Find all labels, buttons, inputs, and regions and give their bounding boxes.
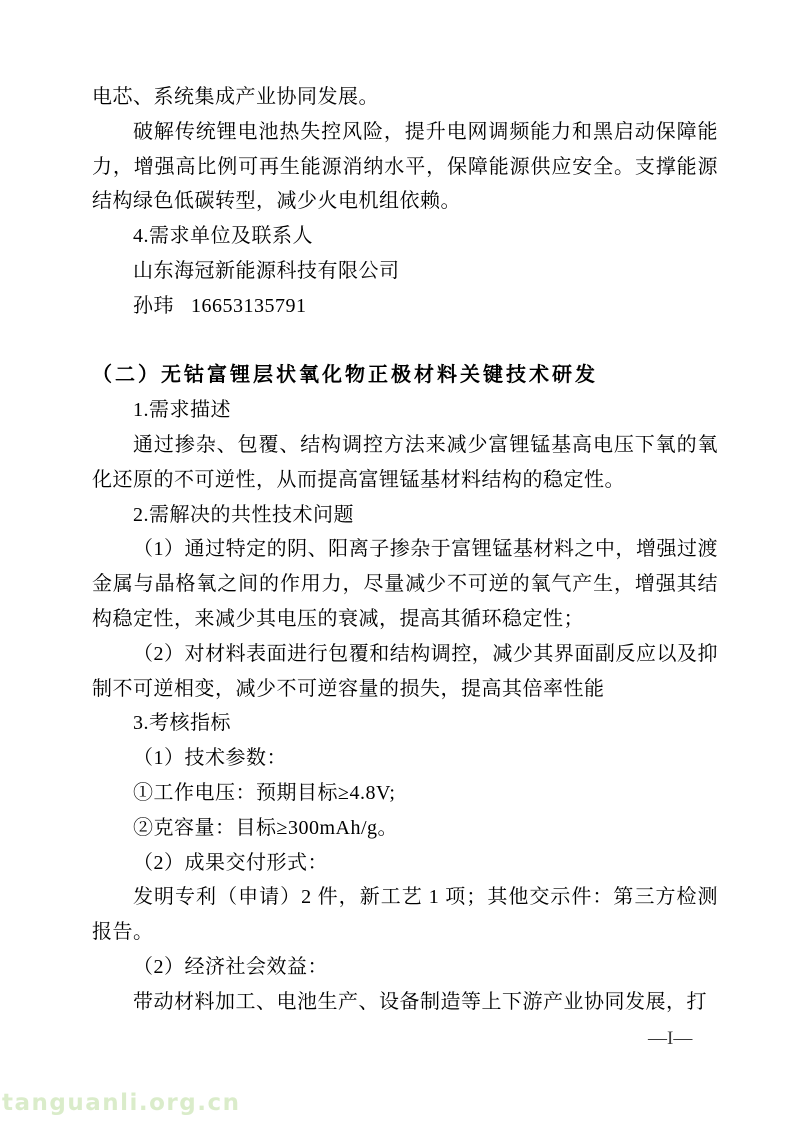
sub-list-item: （2）经济社会效益： — [92, 950, 718, 985]
spec-line: ②克容量：目标≥300mAh/g。 — [92, 811, 718, 846]
body-paragraph: 带动材料加工、电池生产、设备制造等上下游产业协同发展，打 — [92, 985, 718, 1020]
section-heading: （二）无钴富锂层状氧化物正极材料关键技术研发 — [92, 358, 718, 393]
body-text-line: 电芯、系统集成产业协同发展。 — [92, 80, 718, 115]
body-paragraph: 通过掺杂、包覆、结构调控方法来减少富锂锰基高电压下氧的氧化还原的不可逆性，从而提… — [92, 428, 718, 498]
page-number: —I— — [648, 1028, 708, 1050]
body-paragraph: （2）对材料表面进行包覆和结构调控，减少其界面副反应以及抑制不可逆相变，减少不可… — [92, 637, 718, 707]
list-item-heading: 2.需解决的共性技术问题 — [92, 498, 718, 533]
body-paragraph: 破解传统锂电池热失控风险，提升电网调频能力和黑启动保障能力，增强高比例可再生能源… — [92, 115, 718, 219]
sub-list-item: （2）成果交付形式： — [92, 846, 718, 881]
body-paragraph: （1）通过特定的阴、阳离子掺杂于富锂锰基材料之中，增强过渡金属与晶格氧之间的作用… — [92, 532, 718, 636]
contact-name: 孙玮 — [133, 295, 174, 317]
contact-line: 孙玮16653135791 — [92, 289, 718, 324]
list-item-heading: 1.需求描述 — [92, 393, 718, 428]
document-page: 电芯、系统集成产业协同发展。 破解传统锂电池热失控风险，提升电网调频能力和黑启动… — [0, 0, 793, 1122]
list-item-heading: 3.考核指标 — [92, 706, 718, 741]
spec-line: ①工作电压：预期目标≥4.8V; — [92, 776, 718, 811]
list-item-heading: 4.需求单位及联系人 — [92, 219, 718, 254]
sub-list-item: （1）技术参数： — [92, 741, 718, 776]
document-body: 电芯、系统集成产业协同发展。 破解传统锂电池热失控风险，提升电网调频能力和黑启动… — [92, 80, 718, 1020]
body-paragraph: 发明专利（申请）2 件，新工艺 1 项；其他交示件：第三方检测报告。 — [92, 880, 718, 950]
company-name-line: 山东海冠新能源科技有限公司 — [92, 254, 718, 289]
watermark-text: tanguanli.org.cn — [2, 1090, 240, 1116]
contact-phone: 16653135791 — [191, 295, 307, 317]
